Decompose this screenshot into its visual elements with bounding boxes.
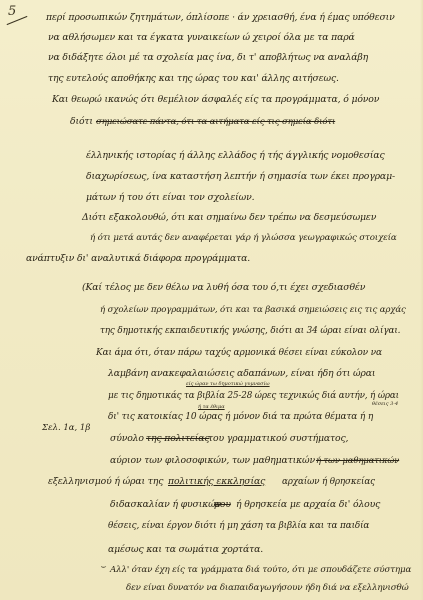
manuscript-line: ανάπτυξιν δι' αναλυτικά διάφορα προγράμμ… [26,253,250,265]
struck-out-passage: σημειώσατε πάντα, ότι τα αιτήματα είς τι… [96,116,335,128]
manuscript-line: διαχωρίσεως, ίνα καταστήση λεπτήν ή σημα… [86,171,395,183]
manuscript-line: ή ότι μετά αυτάς δεν αναφέρεται γάρ ή γλ… [90,232,397,244]
manuscript-line: ή θρησκεία με αρχαία δι' όλους [236,499,380,511]
manuscript-line: ή σχολείων προγραμμάτων, ότι και τα βασι… [100,304,406,316]
interlinear-insertion: ή τα έθιμα [198,404,225,410]
manuscript-line: λαμβάνη ανακεφαλαιώσεις αδαπάνων, είναι … [108,368,375,380]
manuscript-line: περί προσωπικών ζητημάτων, όπλίσοπε · άν… [46,12,395,24]
manuscript-line: δεν είναι δυνατόν να διαπαιδαγωγήσουν ήδ… [126,582,409,594]
manuscript-line: με τις δημοτικάς τα βιβλία 25-28 ώρες τε… [108,390,399,402]
manuscript-line: αμέσως και τα σωμάτια χορτάτα. [108,544,263,556]
manuscript-line: (Καί τέλος με δεν θέλω να λυθή όσα του ό… [82,282,365,294]
manuscript-page: 5 περί προσωπικών ζητημάτων, όπλίσοπε · … [0,0,423,600]
manuscript-line: του γραμματικού συστήματος, [208,433,348,445]
manuscript-line: μάτων ή του ότι είναι τον σχολείων. [86,192,254,204]
manuscript-line: σύνολο [110,433,144,445]
manuscript-line: Διότι εξακολουθώ, ότι και σημαίνω δεν τρ… [82,212,376,224]
margin-note: Σελ. 1α, 1β [42,423,90,433]
underlined-phrase: πολιτικής εκκλησίας [168,476,265,488]
interlinear-insertion: θέσεις 3-4 [372,401,398,407]
insertion-mark-icon: ⌣ [100,562,106,572]
manuscript-line: Αλλ' όταν έχη είς τα γράμματα διά τούτο,… [110,564,411,576]
manuscript-line: αύριον των φιλοσοφικών, των μαθηματικών [110,455,315,467]
manuscript-line: να διδάξητε όλοι μέ τα σχολεία μας ίνα, … [48,52,368,64]
struck-out-word: μου [214,499,231,511]
manuscript-line: να αθλήσωμεν και τα έγκατα γυναικείων ώ … [48,32,355,44]
page-number: 5 [8,4,16,19]
manuscript-line: διότι [70,116,93,128]
struck-out-word: της πολιτείας [146,433,209,445]
manuscript-line: Και θεωρώ ικανώς ότι θεμέλιον άσφαλές εί… [52,94,379,106]
manuscript-line: της ευτελούς αποθήκης και της ώρας του κ… [48,73,339,85]
struck-out-word: ή των μαθηματικών [316,455,399,467]
manuscript-line: διδασκαλίαν ή φυσικών [110,499,221,511]
manuscript-line: θέσεις, είναι έργον διότι ή μη χάση τα β… [108,520,369,532]
interlinear-insertion: είς ώραν τω δημοτικώ γυμνασίω [186,381,270,387]
manuscript-line: Και άμα ότι, όταν πάρω ταχύς αρμονικά θέ… [96,347,382,359]
manuscript-line: έλληνικής ιστορίας ή άλλης ελλάδος ή τής… [86,150,385,162]
manuscript-line: της δημοτικής εκπαιδευτικής γνώσης, διότ… [100,325,400,337]
manuscript-line: δι' τις κατοικίας 10 ώρας ή μόνον διά τα… [108,411,373,423]
manuscript-line: εξελληνισμού ή ώραι της [48,476,163,488]
manuscript-line: αρχαίων ή θρησκείας [282,476,375,488]
